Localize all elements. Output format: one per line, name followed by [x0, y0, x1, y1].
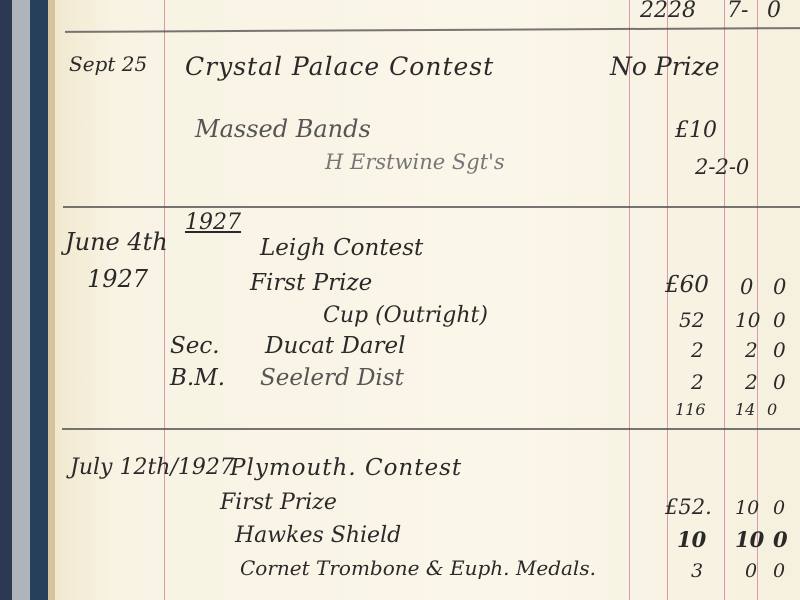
entry-title: Leigh Contest — [260, 235, 423, 261]
line-label: Sec. — [170, 333, 220, 359]
entry-date-line1: June 4th — [65, 228, 168, 256]
pounds-left-rule — [629, 0, 630, 600]
binding-thread — [30, 0, 48, 600]
line-pence: 0 — [773, 527, 788, 552]
line-pounds: 3 — [691, 560, 703, 582]
line-label: B.M. — [170, 365, 225, 391]
date-margin-rule — [164, 0, 165, 600]
line-pounds: 2 — [691, 338, 704, 362]
total-pounds: 116 — [675, 400, 706, 419]
total-shillings: 14 — [735, 400, 755, 419]
line-pence: 0 — [773, 308, 786, 332]
separator-top — [65, 27, 800, 33]
entry-date: Sept 25 — [69, 52, 147, 76]
line-text: First Prize — [220, 490, 337, 515]
entry-title: Crystal Palace Contest — [185, 52, 494, 81]
line-pence: 0 — [773, 275, 786, 299]
line-shillings: 10 — [735, 308, 760, 332]
line-text: H Erstwine Sgt's — [325, 150, 505, 174]
line-text: Cup (Outright) — [323, 303, 488, 328]
line-shillings: 0 — [745, 560, 757, 582]
line-text: Seelerd Dist — [260, 365, 404, 391]
line-text: Cornet Trombone & Euph. Medals. — [240, 556, 596, 580]
line-pounds: £60 — [665, 272, 709, 298]
line-pounds: £52. — [665, 495, 712, 519]
line-pence: 0 — [773, 560, 785, 582]
line-text: Massed Bands — [195, 115, 371, 143]
line-shillings: 2 — [745, 338, 758, 362]
line-text: Hawkes Shield — [235, 523, 401, 548]
total-pence: 0 — [767, 400, 777, 419]
separator-2 — [63, 206, 800, 208]
line-shillings: 0 — [740, 275, 753, 299]
binding-cloth — [12, 0, 30, 600]
carried-shillings: 7- — [727, 0, 748, 23]
line-pounds: £10 — [675, 118, 717, 143]
ledger-page: 2228 7- 0 Sept 25 Crystal Palace Contest… — [55, 0, 800, 600]
year-heading: 1927 — [185, 210, 241, 235]
line-shillings: 10 — [735, 527, 764, 552]
entry-result: No Prize — [610, 52, 720, 81]
book-binding — [0, 0, 54, 600]
line-pence: 0 — [773, 338, 786, 362]
line-pounds: 2-2-0 — [695, 155, 749, 179]
separator-3 — [62, 428, 800, 430]
line-pounds: 52 — [679, 308, 704, 332]
carried-pounds: 2228 — [640, 0, 696, 23]
shillings-rule — [724, 0, 725, 600]
line-pence: 0 — [773, 497, 785, 519]
entry-title: Plymouth. Contest — [230, 455, 462, 481]
line-text: Ducat Darel — [265, 333, 406, 359]
line-pounds: 2 — [691, 370, 704, 394]
line-pence: 0 — [773, 370, 786, 394]
entry-date: July 12th/1927 — [70, 455, 234, 480]
line-pounds: 10 — [677, 527, 706, 552]
carried-pence: 0 — [767, 0, 781, 23]
entry-date-line2: 1927 — [87, 265, 148, 293]
line-shillings: 2 — [745, 370, 758, 394]
line-shillings: 10 — [735, 497, 759, 519]
line-text: First Prize — [250, 270, 372, 296]
